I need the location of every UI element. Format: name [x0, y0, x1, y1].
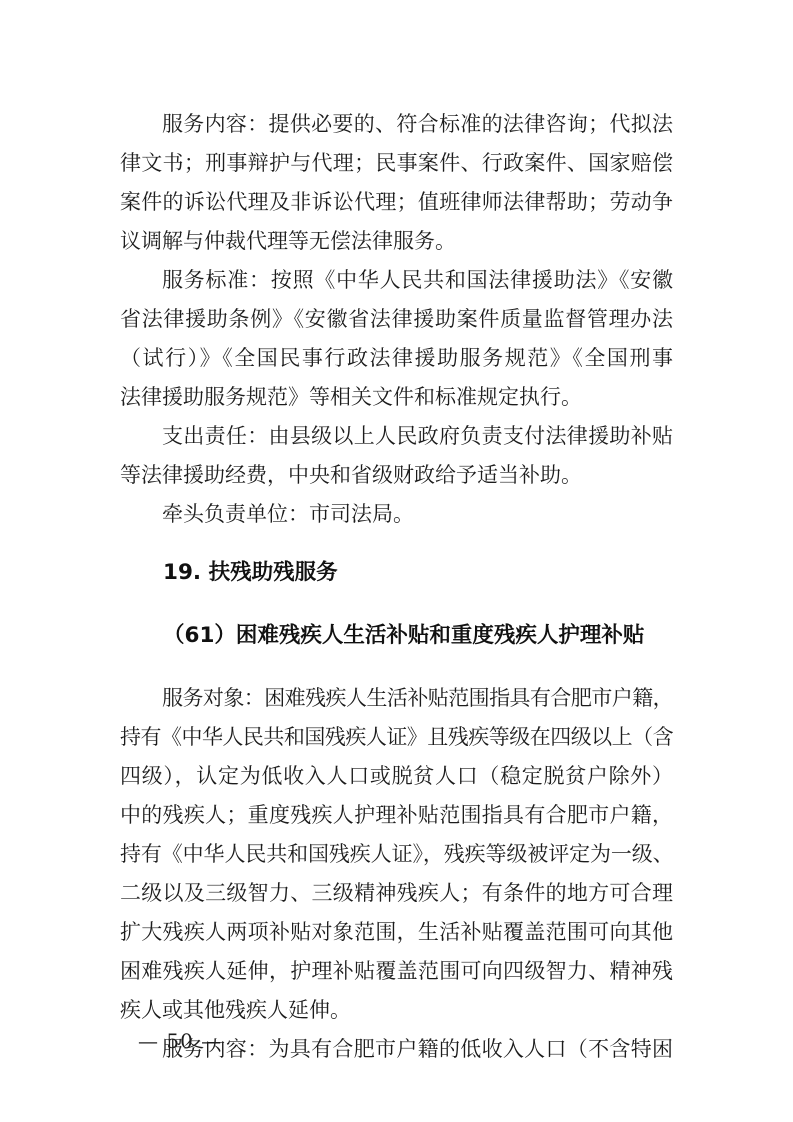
- document-page: 服务内容：提供必要的、符合标准的法律咨询；代拟法 律文书；刑事辩护与代理；民事案…: [0, 0, 793, 1122]
- text-line: 持有《中华人民共和国残疾人证》，残疾等级被评定为一级、: [120, 835, 673, 874]
- document-body: 服务内容：提供必要的、符合标准的法律咨询；代拟法 律文书；刑事辩护与代理；民事案…: [120, 105, 673, 1069]
- paragraph-expenditure-responsibility: 支出责任：由县级以上人民政府负责支付法律援助补贴 等法律援助经费，中央和省级财政…: [120, 417, 673, 495]
- text-line: 律文书；刑事辩护与代理；民事案件、行政案件、国家赔偿: [120, 144, 673, 183]
- text-line: 牵头负责单位：市司法局。: [120, 495, 673, 534]
- paragraph-lead-unit: 牵头负责单位：市司法局。: [120, 495, 673, 534]
- paragraph-service-standard: 服务标准：按照《中华人民共和国法律援助法》《安徽 省法律援助条例》《安徽省法律援…: [120, 261, 673, 417]
- text-line: 服务标准：按照《中华人民共和国法律援助法》《安徽: [120, 261, 673, 300]
- item-heading-61: （61）困难残疾人生活补贴和重度残疾人护理补贴: [120, 615, 673, 657]
- text-line: 法律援助服务规范》等相关文件和标准规定执行。: [120, 378, 673, 417]
- page-number: — 50 —: [138, 1028, 222, 1054]
- text-line: 服务对象：困难残疾人生活补贴范围指具有合肥市户籍，: [120, 679, 673, 718]
- text-line: （试行）》《全国民事行政法律援助服务规范》《全国刑事: [120, 339, 673, 378]
- text-line: 二级以及三级智力、三级精神残疾人；有条件的地方可合理: [120, 874, 673, 913]
- paragraph-service-target: 服务对象：困难残疾人生活补贴范围指具有合肥市户籍， 持有《中华人民共和国残疾人证…: [120, 679, 673, 1030]
- text-line: 四级），认定为低收入人口或脱贫人口（稳定脱贫户除外）: [120, 757, 673, 796]
- paragraph-legal-aid-service-content: 服务内容：提供必要的、符合标准的法律咨询；代拟法 律文书；刑事辩护与代理；民事案…: [120, 105, 673, 261]
- text-line: 疾人或其他残疾人延伸。: [120, 991, 673, 1030]
- text-line: 支出责任：由县级以上人民政府负责支付法律援助补贴: [120, 417, 673, 456]
- text-line: 案件的诉讼代理及非诉讼代理；值班律师法律帮助；劳动争: [120, 183, 673, 222]
- text-line: 持有《中华人民共和国残疾人证》且残疾等级在四级以上（含: [120, 718, 673, 757]
- section-heading-19: 19. 扶残助残服务: [120, 552, 673, 594]
- text-line: 扩大残疾人两项补贴对象范围，生活补贴覆盖范围可向其他: [120, 913, 673, 952]
- text-line: 省法律援助条例》《安徽省法律援助案件质量监督管理办法: [120, 300, 673, 339]
- text-line: 服务内容：提供必要的、符合标准的法律咨询；代拟法: [120, 105, 673, 144]
- text-line: 中的残疾人；重度残疾人护理补贴范围指具有合肥市户籍，: [120, 796, 673, 835]
- text-line: 议调解与仲裁代理等无偿法律服务。: [120, 222, 673, 261]
- text-line: 等法律援助经费，中央和省级财政给予适当补助。: [120, 456, 673, 495]
- text-line: 困难残疾人延伸，护理补贴覆盖范围可向四级智力、精神残: [120, 952, 673, 991]
